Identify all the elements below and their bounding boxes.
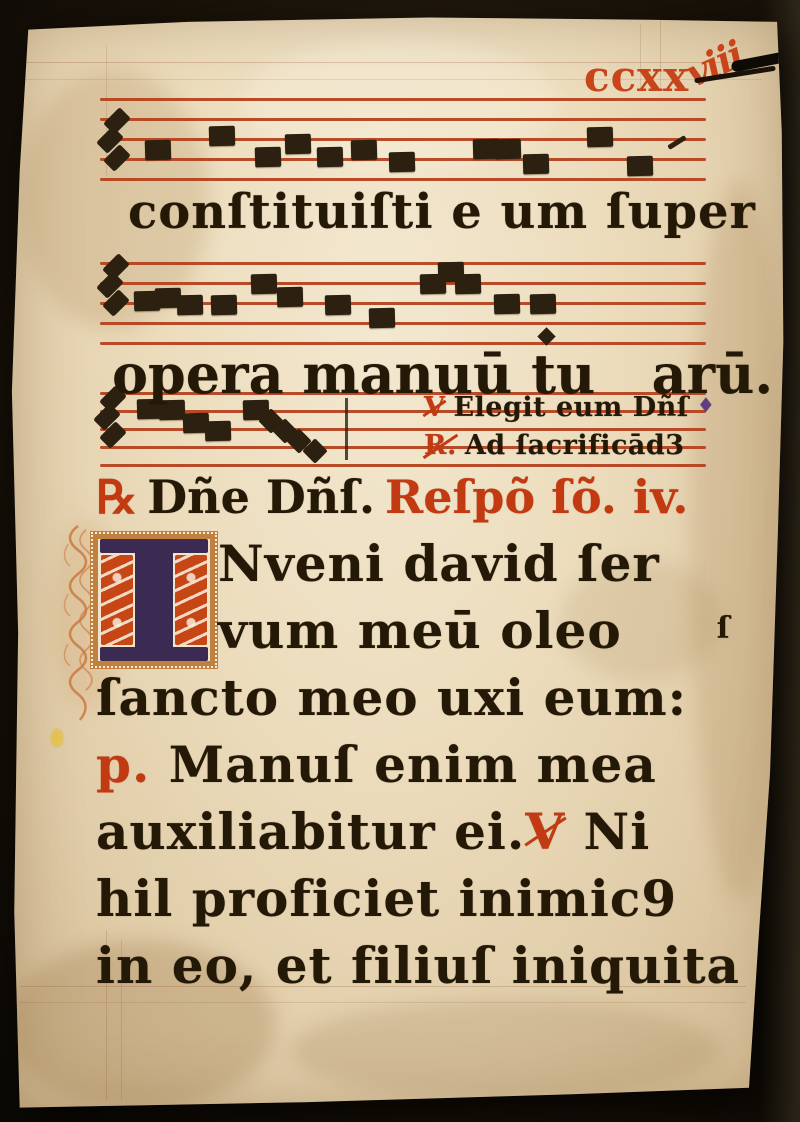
body-text-segment: Ni xyxy=(565,802,650,861)
neume-note xyxy=(285,134,312,155)
diamond-ornament: ♦ xyxy=(697,393,715,417)
neume-note xyxy=(277,287,304,308)
initial-foliate-panel xyxy=(101,555,133,645)
decorated-initial-I xyxy=(90,531,218,669)
body-text-line: hil proficiet inimic9 xyxy=(96,869,677,928)
body-text-line: auxiliabitur ei.V Ni xyxy=(96,802,650,861)
neume-note xyxy=(389,152,416,173)
body-text-segment: ſ xyxy=(717,611,731,646)
neume-note xyxy=(523,154,550,175)
neume-note xyxy=(205,421,232,442)
neume-note xyxy=(211,295,238,316)
body-text-line: p. Manuſ enim mea xyxy=(96,735,657,794)
response-mark: R. xyxy=(424,430,457,461)
body-text-line: in eo, et filiuſ iniquita xyxy=(96,936,740,995)
body-text-segment: auxiliabitur ei. xyxy=(96,802,525,861)
rubric-heading-line: ℞Dñe Dñſ.Reſpõ ſõ. iv. xyxy=(96,470,698,524)
staff-line xyxy=(100,118,706,121)
incipit-response-line: R.Ad ſacrificād3 xyxy=(424,430,685,461)
leaf-content: ccxxviii conſtituiſti e um ſuper opera m… xyxy=(0,0,800,1122)
parchment-stain xyxy=(290,1000,720,1100)
neume-note xyxy=(317,147,344,168)
wax-spot xyxy=(50,728,64,748)
ruling-line xyxy=(20,1002,746,1003)
body-text-segment: Nveni david ſer xyxy=(218,534,660,593)
parchment-stain xyxy=(690,180,790,900)
neume-note xyxy=(177,295,204,316)
incipit-versicle-line: VElegit eum Dñſ♦ xyxy=(424,392,715,423)
incipit-text: Elegit eum Dñſ xyxy=(453,392,688,423)
initial-foliate-panel xyxy=(175,555,207,645)
staff-barline xyxy=(345,398,348,460)
staff-line xyxy=(100,98,706,101)
body-text-segment: hil proficiet inimic9 xyxy=(96,869,677,928)
neume-note xyxy=(369,308,396,329)
body-text-segment: ſancto meo uxi eum: xyxy=(96,668,687,727)
neume-note xyxy=(145,140,172,161)
folio-number-prefix: ccxx xyxy=(584,52,689,101)
penwork-flourish xyxy=(58,524,94,724)
neume-note xyxy=(627,156,654,177)
parchment-leaf: ccxxviii conſtituiſti e um ſuper opera m… xyxy=(8,12,788,1112)
staff-line xyxy=(100,138,706,141)
incipit-text: Ad ſacrificād3 xyxy=(465,430,685,461)
body-text-line: vum meū oleoſ xyxy=(218,601,731,660)
body-text-line: ſancto meo uxi eum: xyxy=(96,668,687,727)
initial-stem xyxy=(135,543,173,657)
neume-note xyxy=(530,294,557,315)
neume-note xyxy=(255,147,282,168)
lyric-line-1: conſtituiſti e um ſuper xyxy=(128,184,756,240)
staff-line xyxy=(100,282,706,285)
leaf-shadow-wrap: ccxxviii conſtituiſti e um ſuper opera m… xyxy=(0,0,800,1122)
neume-note xyxy=(325,295,352,316)
body-text-segment: Manuſ enim mea xyxy=(150,735,656,794)
body-text-segment: in eo, et filiuſ iniquita xyxy=(96,936,740,995)
staff-line xyxy=(100,178,706,181)
rubric-black-text: Dñe Dñſ. xyxy=(147,470,375,524)
versicle-mark: V xyxy=(424,392,445,423)
photo-background: ccxxviii conſtituiſti e um ſuper opera m… xyxy=(0,0,800,1122)
neume-note xyxy=(495,139,522,160)
rubric-mark: V xyxy=(525,802,565,861)
staff-line xyxy=(100,464,706,467)
staff-line xyxy=(100,262,706,265)
rubric-red-text: Reſpõ ſõ. iv. xyxy=(385,470,688,524)
neume-note xyxy=(587,127,614,148)
body-text-line: Nveni david ſer xyxy=(218,534,660,593)
neume-note xyxy=(494,294,521,315)
neume-note xyxy=(455,274,482,295)
neume-note xyxy=(351,140,378,161)
neume-note xyxy=(209,126,236,147)
body-text-segment: vum meū oleo xyxy=(218,601,622,660)
neume-note xyxy=(251,274,278,295)
staff-line xyxy=(100,322,706,325)
rubric-mark: p. xyxy=(96,735,150,794)
response-lead-mark: ℞ xyxy=(96,470,137,524)
